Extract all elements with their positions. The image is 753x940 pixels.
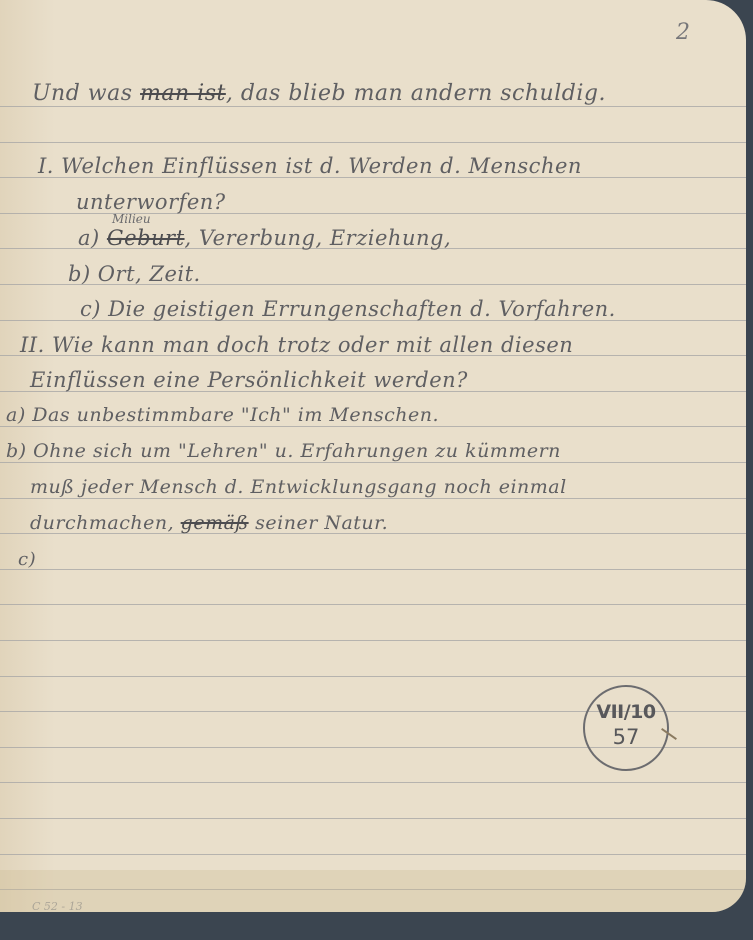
notebook-page: 2 Und was man ist, das blieb man andern … [0, 0, 746, 912]
text-line-8: Einflüssen eine Persönlichkeit werden? [30, 368, 468, 392]
text-line-2: I. Welchen Einflüssen ist d. Werden d. M… [38, 154, 582, 178]
text-line-7: II. Wie kann man doch trotz oder mit all… [20, 333, 573, 357]
struck-word: gemäß [181, 512, 249, 534]
ruled-line [0, 106, 746, 107]
ruled-line [0, 604, 746, 605]
text-line-4: a) Geburt, Vererbung, Erziehung, [78, 226, 451, 250]
ruled-line [0, 569, 746, 570]
text-line-9: a) Das unbestimmbare "Ich" im Menschen. [6, 403, 439, 427]
text-line-5: b) Ort, Zeit. [68, 262, 201, 286]
ruled-line [0, 889, 746, 890]
text-line-12: durchmachen, gemäß seiner Natur. [30, 511, 388, 535]
stamp-bottom: 57 [585, 725, 667, 749]
ruled-line [0, 854, 746, 855]
text-line-1: Und was man ist, das blieb man andern sc… [32, 82, 606, 106]
archive-stamp: VII/10 57 [583, 685, 669, 771]
text-fragment: durchmachen, [30, 512, 181, 534]
text-line-13: c) [18, 548, 36, 572]
ruled-line [0, 782, 746, 783]
text-fragment: a) [78, 226, 107, 250]
text-fragment: Und was [32, 81, 140, 106]
stamp-top: VII/10 [585, 701, 667, 723]
struck-word: Geburt [107, 226, 185, 250]
text-line-3: unterworfen? [76, 190, 226, 214]
text-fragment: , das blieb man andern schuldig. [226, 81, 606, 106]
text-line-11: muß jeder Mensch d. Entwicklungsgang noc… [30, 475, 567, 499]
struck-word: man ist [140, 81, 226, 106]
ruled-line [0, 142, 746, 143]
text-line-6: c) Die geistigen Errungenschaften d. Vor… [80, 297, 616, 321]
text-fragment: , Vererbung, Erziehung, [185, 226, 452, 250]
page-number: 2 [676, 20, 690, 45]
ruled-line [0, 676, 746, 677]
archive-mark: C 52 - 13 [32, 900, 83, 912]
insertion-above-line-4: Milieu [112, 212, 151, 226]
ruled-line [0, 640, 746, 641]
text-line-10: b) Ohne sich um "Lehren" u. Erfahrungen … [6, 439, 561, 463]
text-fragment: seiner Natur. [249, 512, 389, 534]
ruled-line [0, 818, 746, 819]
